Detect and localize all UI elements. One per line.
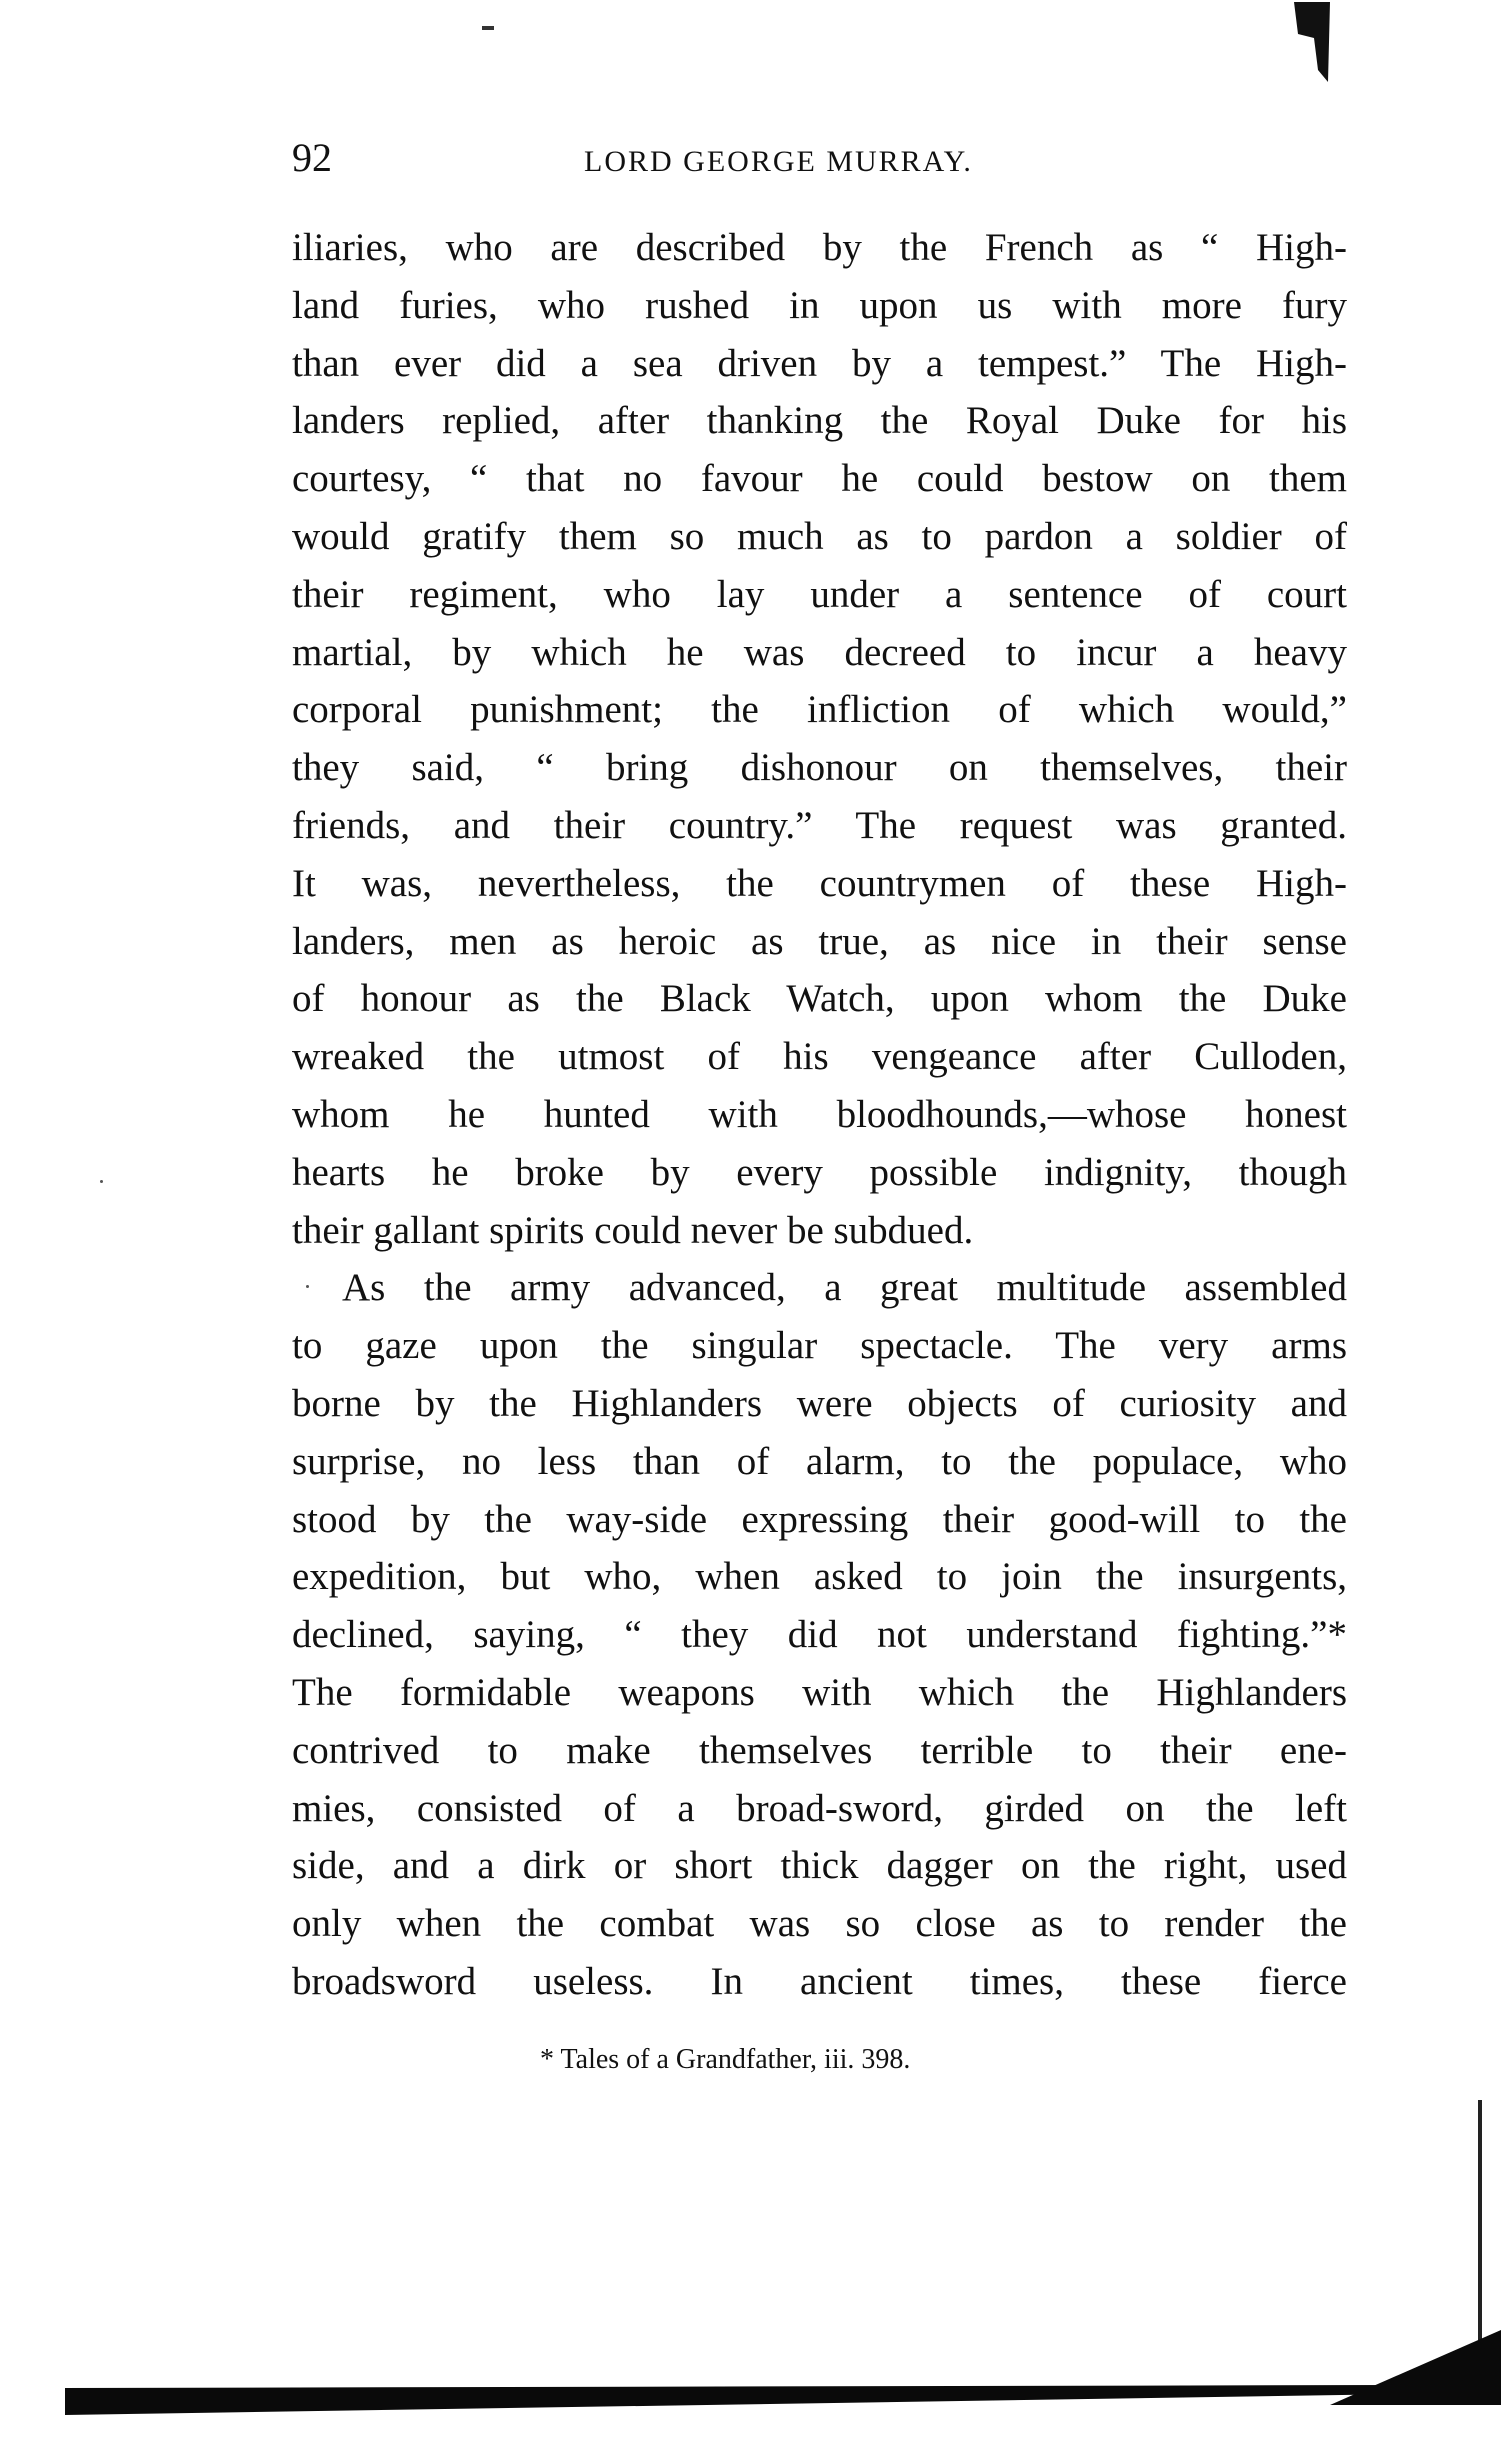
running-head: 92 LORD GEORGE MURRAY.: [292, 130, 1347, 186]
text-line: hearts he broke by every possible indign…: [292, 1144, 1347, 1202]
footnote: * Tales of a Grandfather, iii. 398.: [540, 2040, 910, 2080]
text-line: side, and a dirk or short thick dagger o…: [292, 1837, 1347, 1895]
text-line: their regiment, who lay under a sentence…: [292, 566, 1347, 624]
text-line: land furies, who rushed in upon us with …: [292, 277, 1347, 335]
text-line: wreaked the utmost of his vengeance afte…: [292, 1028, 1347, 1086]
text-line: mies, consisted of a broad-sword, girded…: [292, 1780, 1347, 1838]
text-line: they said, “ bring dishonour on themselv…: [292, 739, 1347, 797]
text-line: contrived to make themselves terrible to…: [292, 1722, 1347, 1780]
text-line: friends, and their country.” The request…: [292, 797, 1347, 855]
text-line: declined, saying, “ they did not underst…: [292, 1606, 1347, 1664]
text-line: martial, by which he was decreed to incu…: [292, 624, 1347, 682]
text-line: landers replied, after thanking the Roya…: [292, 392, 1347, 450]
text-line: courtesy, “ that no favour he could best…: [292, 450, 1347, 508]
scan-speck: [306, 1285, 309, 1288]
scan-artifact-bottom-shadow: [65, 2385, 1501, 2415]
text-line: broadsword useless. In ancient times, th…: [292, 1953, 1347, 2011]
text-line: only when the combat was so close as to …: [292, 1895, 1347, 1953]
text-line: corporal punishment; the infliction of w…: [292, 681, 1347, 739]
text-line: would gratify them so much as to pardon …: [292, 508, 1347, 566]
text-line-paragraph-start: As the army advanced, a great multitude …: [292, 1259, 1347, 1317]
body-text: iliaries, who are described by the Frenc…: [292, 219, 1347, 2011]
text-line: borne by the Highlanders were objects of…: [292, 1375, 1347, 1433]
scan-speck: [100, 1180, 103, 1183]
text-line: to gaze upon the singular spectacle. The…: [292, 1317, 1347, 1375]
text-line: of honour as the Black Watch, upon whom …: [292, 970, 1347, 1028]
page-number: 92: [292, 130, 332, 186]
text-line: The formidable weapons with which the Hi…: [292, 1664, 1347, 1722]
text-line: It was, nevertheless, the countrymen of …: [292, 855, 1347, 913]
text-line: whom he hunted with bloodhounds,—whose h…: [292, 1086, 1347, 1144]
text-line: than ever did a sea driven by a tempest.…: [292, 335, 1347, 393]
text-line: surprise, no less than of alarm, to the …: [292, 1433, 1347, 1491]
text-line: stood by the way-side expressing their g…: [292, 1491, 1347, 1549]
book-page: 92 LORD GEORGE MURRAY. iliaries, who are…: [0, 0, 1501, 2440]
scan-artifact-page-edge: [1478, 2100, 1482, 2340]
text-line: landers, men as heroic as true, as nice …: [292, 913, 1347, 971]
text-line-paragraph-end: their gallant spirits could never be sub…: [292, 1202, 1347, 1260]
running-title: LORD GEORGE MURRAY.: [584, 134, 973, 190]
scan-artifact-dash: [482, 26, 494, 30]
scan-artifact-thumb-mark: [1290, 2, 1330, 82]
text-line: iliaries, who are described by the Frenc…: [292, 219, 1347, 277]
text-line: expedition, but who, when asked to join …: [292, 1548, 1347, 1606]
